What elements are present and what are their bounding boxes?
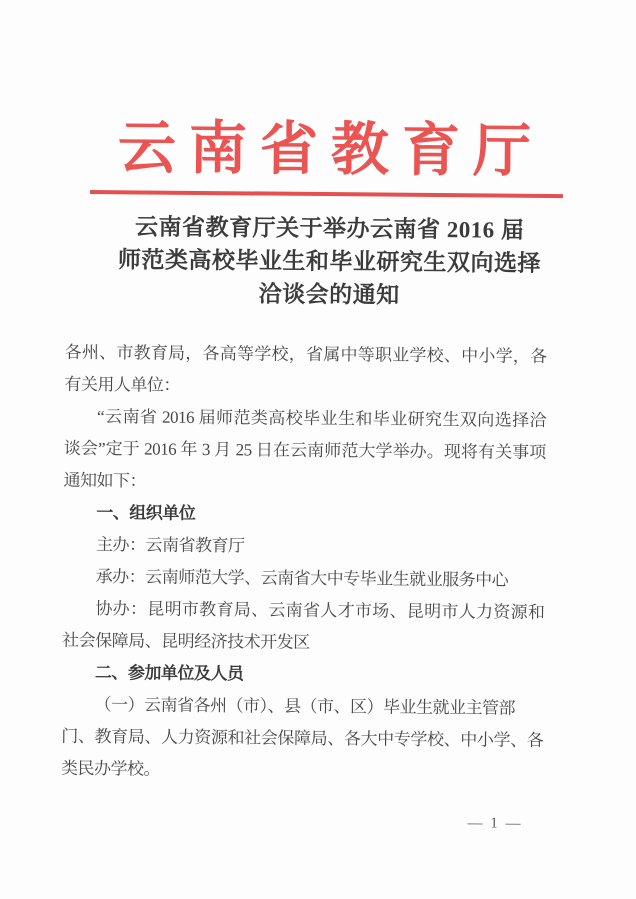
- body-heading-section-2: 二、参加单位及人员: [62, 657, 544, 693]
- document-title: 云南省教育厅关于举办云南省 2016 届 师范类高校毕业生和毕业研究生双向选择 …: [11, 209, 636, 314]
- scanned-content: 云南省教育厅 云南省教育厅关于举办云南省 2016 届 师范类高校毕业生和毕业研…: [0, 0, 636, 899]
- body-line-organizer: 承办：云南师范大学、云南省大中专毕业生就业服务中心: [63, 561, 545, 597]
- page-number: — 1 —: [467, 815, 522, 832]
- notice-page: 云南省教育厅 云南省教育厅关于举办云南省 2016 届 师范类高校毕业生和毕业研…: [0, 0, 636, 899]
- body-line-coorganizer: 社会保障局、昆明经济技术开发区: [62, 625, 544, 661]
- body-line-salutation: 有关用人单位：: [64, 369, 546, 405]
- letterhead-org-name: 云南省教育厅: [2, 115, 636, 185]
- document-title-line: 师范类高校毕业生和毕业研究生双向选择: [11, 242, 636, 281]
- document-title-line: 云南省教育厅关于举办云南省 2016 届: [12, 209, 636, 248]
- body-line-host: 主办：云南省教育厅: [63, 529, 545, 565]
- letterhead-divider-line: [90, 190, 563, 198]
- body-line-participants: 门、教育局、人力资源和社会保障局、各大中专学校、中小学、各: [61, 721, 543, 757]
- body-line-intro: 谈会”定于 2016 年 3 月 25 日在云南师范大学举办。现将有关事项: [64, 433, 546, 469]
- document-body: 各州、市教育局，各高等学校，省属中等职业学校、中小学，各 有关用人单位： “云南…: [61, 337, 547, 789]
- body-line-salutation: 各州、市教育局，各高等学校，省属中等职业学校、中小学，各: [65, 337, 547, 373]
- body-line-intro: 通知如下：: [63, 465, 545, 501]
- body-line-intro: “云南省 2016 届师范类高校毕业生和毕业研究生双向选择洽: [64, 401, 546, 437]
- body-line-participants: 类民办学校。: [61, 753, 543, 789]
- body-heading-section-1: 一、组织单位: [63, 497, 545, 533]
- body-line-coorganizer: 协办：昆明市教育局、云南省人才市场、昆明市人力资源和: [62, 593, 544, 629]
- body-line-participants: （一）云南省各州（市）、县（市、区）毕业生就业主管部: [61, 689, 543, 725]
- document-title-line: 洽谈会的通知: [11, 275, 636, 314]
